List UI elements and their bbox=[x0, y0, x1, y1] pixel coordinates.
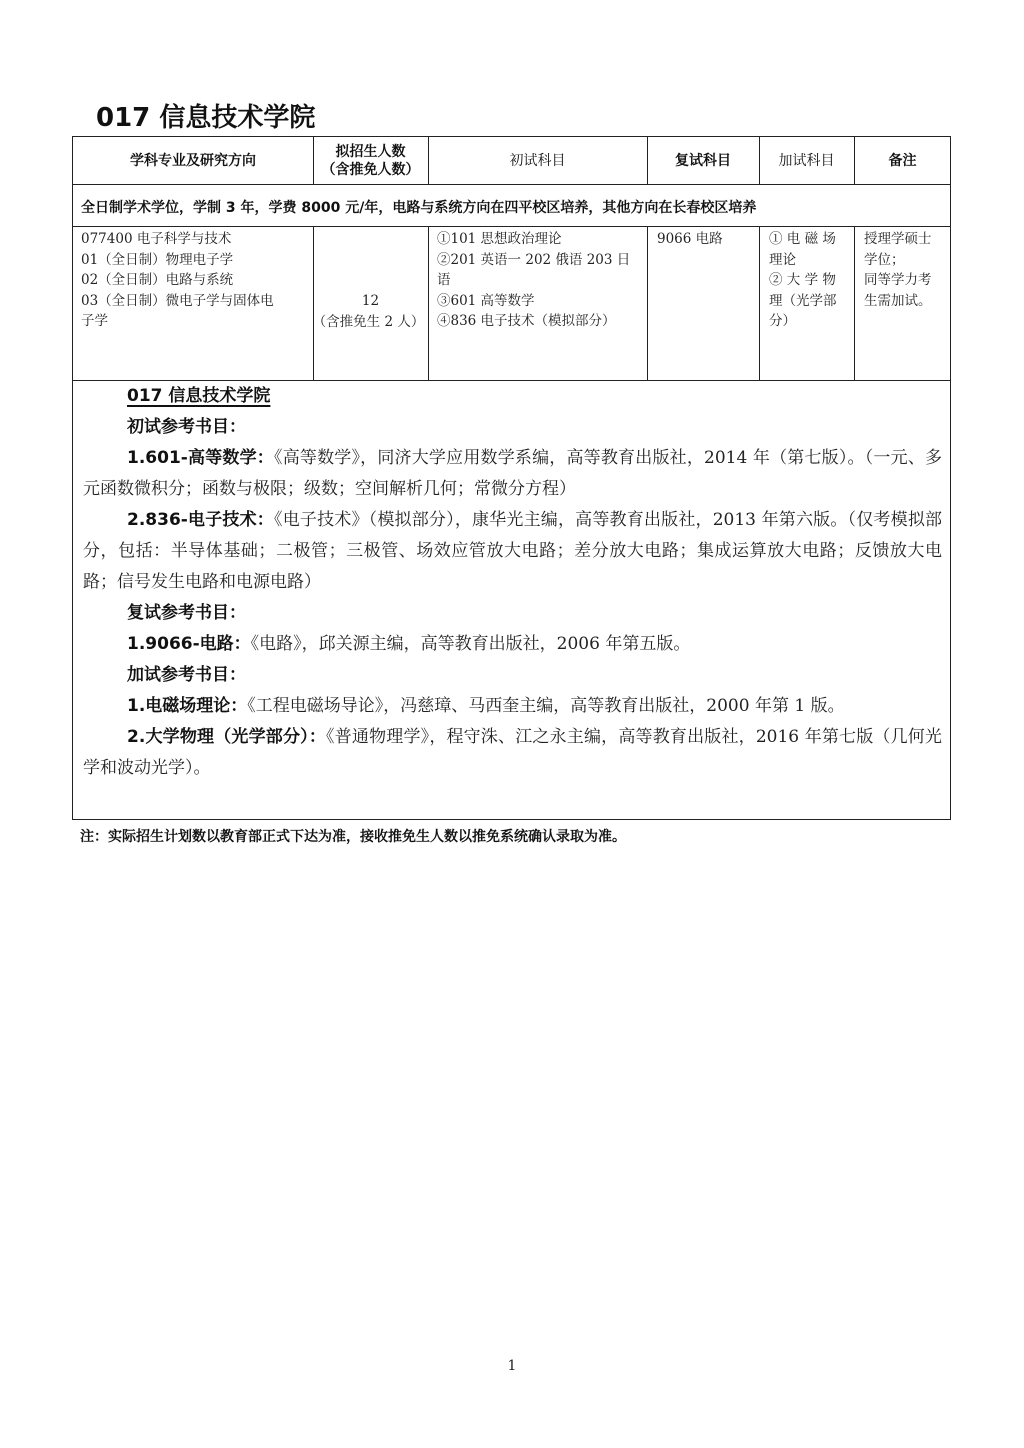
additional-line: 理（光学部 bbox=[769, 291, 851, 312]
cell-initial-exam: ①101 思想政治理论 ②201 英语一 202 俄语 203 日 语 ③601… bbox=[437, 229, 643, 332]
cell-additional-exam: ① 电 磁 场 理论 ② 大 学 物 理（光学部 分） bbox=[769, 229, 851, 332]
direction-01: 01（全日制）物理电子学 bbox=[81, 250, 309, 271]
header-initial-exam-label: 初试科目 bbox=[510, 152, 566, 170]
direction-03-cont: 子学 bbox=[81, 311, 309, 332]
cell-quota: 12 （含推免生 2 人） bbox=[313, 291, 428, 332]
additional-refs-heading: 加试参考书目： bbox=[127, 665, 246, 685]
col-divider bbox=[854, 227, 855, 381]
header-major: 学科专业及研究方向 bbox=[73, 137, 313, 185]
header-quota: 拟招生人数 （含推免人数） bbox=[313, 137, 428, 185]
header-remarks: 备注 bbox=[854, 137, 951, 185]
major-code: 077400 电子科学与技术 bbox=[81, 229, 309, 250]
additional-line: ① 电 磁 场 bbox=[769, 229, 851, 250]
initial-refs-heading: 初试参考书目： bbox=[127, 417, 246, 437]
header-quota-sublabel: （含推免人数） bbox=[322, 161, 420, 179]
col-divider bbox=[428, 227, 429, 381]
program-banner: 全日制学术学位，学制 3 年，学费 8000 元/年，电路与系统方向在四平校区培… bbox=[81, 197, 756, 217]
cell-remarks: 授理学硕士 学位； 同等学力考 生需加试。 bbox=[864, 229, 948, 311]
cell-major: 077400 电子科学与技术 01（全日制）物理电子学 02（全日制）电路与系统… bbox=[81, 229, 309, 332]
exam-subject-2: ②201 英语一 202 俄语 203 日 bbox=[437, 250, 643, 271]
header-retest-label: 复试科目 bbox=[675, 152, 731, 170]
exam-subject-1: ①101 思想政治理论 bbox=[437, 229, 643, 250]
header-additional-exam-label: 加试科目 bbox=[779, 152, 835, 170]
direction-03: 03（全日制）微电子学与固体电 bbox=[81, 291, 309, 312]
remarks-line: 同等学力考 bbox=[864, 270, 948, 291]
additional-line: ② 大 学 物 bbox=[769, 270, 851, 291]
header-remarks-label: 备注 bbox=[889, 152, 917, 170]
remarks-line: 学位； bbox=[864, 250, 948, 271]
ref-label: 1.9066-电路： bbox=[127, 634, 251, 654]
exam-subject-4: ④836 电子技术（模拟部分） bbox=[437, 311, 643, 332]
header-initial-exam: 初试科目 bbox=[428, 137, 647, 185]
direction-02: 02（全日制）电路与系统 bbox=[81, 270, 309, 291]
additional-ref-item: 1.电磁场理论：《工程电磁场导论》，冯慈璋、马西奎主编，高等教育出版社，2000… bbox=[83, 691, 942, 722]
header-quota-label: 拟招生人数 bbox=[336, 143, 406, 161]
col-divider bbox=[647, 227, 648, 381]
banner-divider bbox=[73, 226, 950, 227]
header-retest: 复试科目 bbox=[647, 137, 759, 185]
ref-text: 《工程电磁场导论》，冯慈璋、马西奎主编，高等教育出版社，2000 年第 1 版。 bbox=[247, 696, 844, 716]
header-additional-exam: 加试科目 bbox=[759, 137, 854, 185]
remarks-line: 授理学硕士 bbox=[864, 229, 948, 250]
initial-ref-item: 2.836-电子技术：《电子技术》（模拟部分），康华光主编，高等教育出版社，20… bbox=[83, 505, 942, 598]
additional-line: 分） bbox=[769, 311, 851, 332]
ref-text: 《电路》，邱关源主编，高等教育出版社，2006 年第五版。 bbox=[251, 634, 691, 654]
retest-subject: 9066 电路 bbox=[657, 229, 757, 250]
reference-books-section: 017 信息技术学院 初试参考书目： 1.601-高等数学：《高等数学》，同济大… bbox=[73, 381, 952, 784]
retest-ref-item: 1.9066-电路：《电路》，邱关源主编，高等教育出版社，2006 年第五版。 bbox=[83, 629, 942, 660]
footnote: 注：实际招生计划数以教育部正式下达为准，接收推免生人数以推免系统确认录取为准。 bbox=[80, 826, 626, 846]
page-number: 1 bbox=[0, 1358, 1024, 1374]
exam-subject-2-cont: 语 bbox=[437, 270, 643, 291]
ref-label: 2.836-电子技术： bbox=[127, 510, 274, 530]
quota-note: （含推免生 2 人） bbox=[309, 312, 428, 333]
additional-ref-item: 2.大学物理（光学部分）：《普通物理学》，程守洙、江之永主编，高等教育出版社，2… bbox=[83, 722, 942, 784]
retest-refs-heading: 复试参考书目： bbox=[127, 603, 246, 623]
initial-ref-item: 1.601-高等数学：《高等数学》，同济大学应用数学系编，高等教育出版社，201… bbox=[83, 443, 942, 505]
ref-label: 1.电磁场理论： bbox=[127, 696, 247, 716]
cell-retest: 9066 电路 bbox=[657, 229, 757, 250]
admissions-table: 学科专业及研究方向 拟招生人数 （含推免人数） 初试科目 复试科目 加试科目 备… bbox=[72, 136, 951, 820]
header-major-label: 学科专业及研究方向 bbox=[130, 152, 256, 170]
refs-school-title: 017 信息技术学院 bbox=[127, 386, 270, 406]
exam-subject-3: ③601 高等数学 bbox=[437, 291, 643, 312]
col-divider bbox=[759, 227, 760, 381]
ref-label: 1.601-高等数学： bbox=[127, 448, 274, 468]
quota-value: 12 bbox=[313, 291, 428, 312]
ref-label: 2.大学物理（光学部分）： bbox=[127, 727, 326, 747]
remarks-line: 生需加试。 bbox=[864, 291, 948, 312]
additional-line: 理论 bbox=[769, 250, 851, 271]
page-title: 017 信息技术学院 bbox=[96, 97, 315, 134]
